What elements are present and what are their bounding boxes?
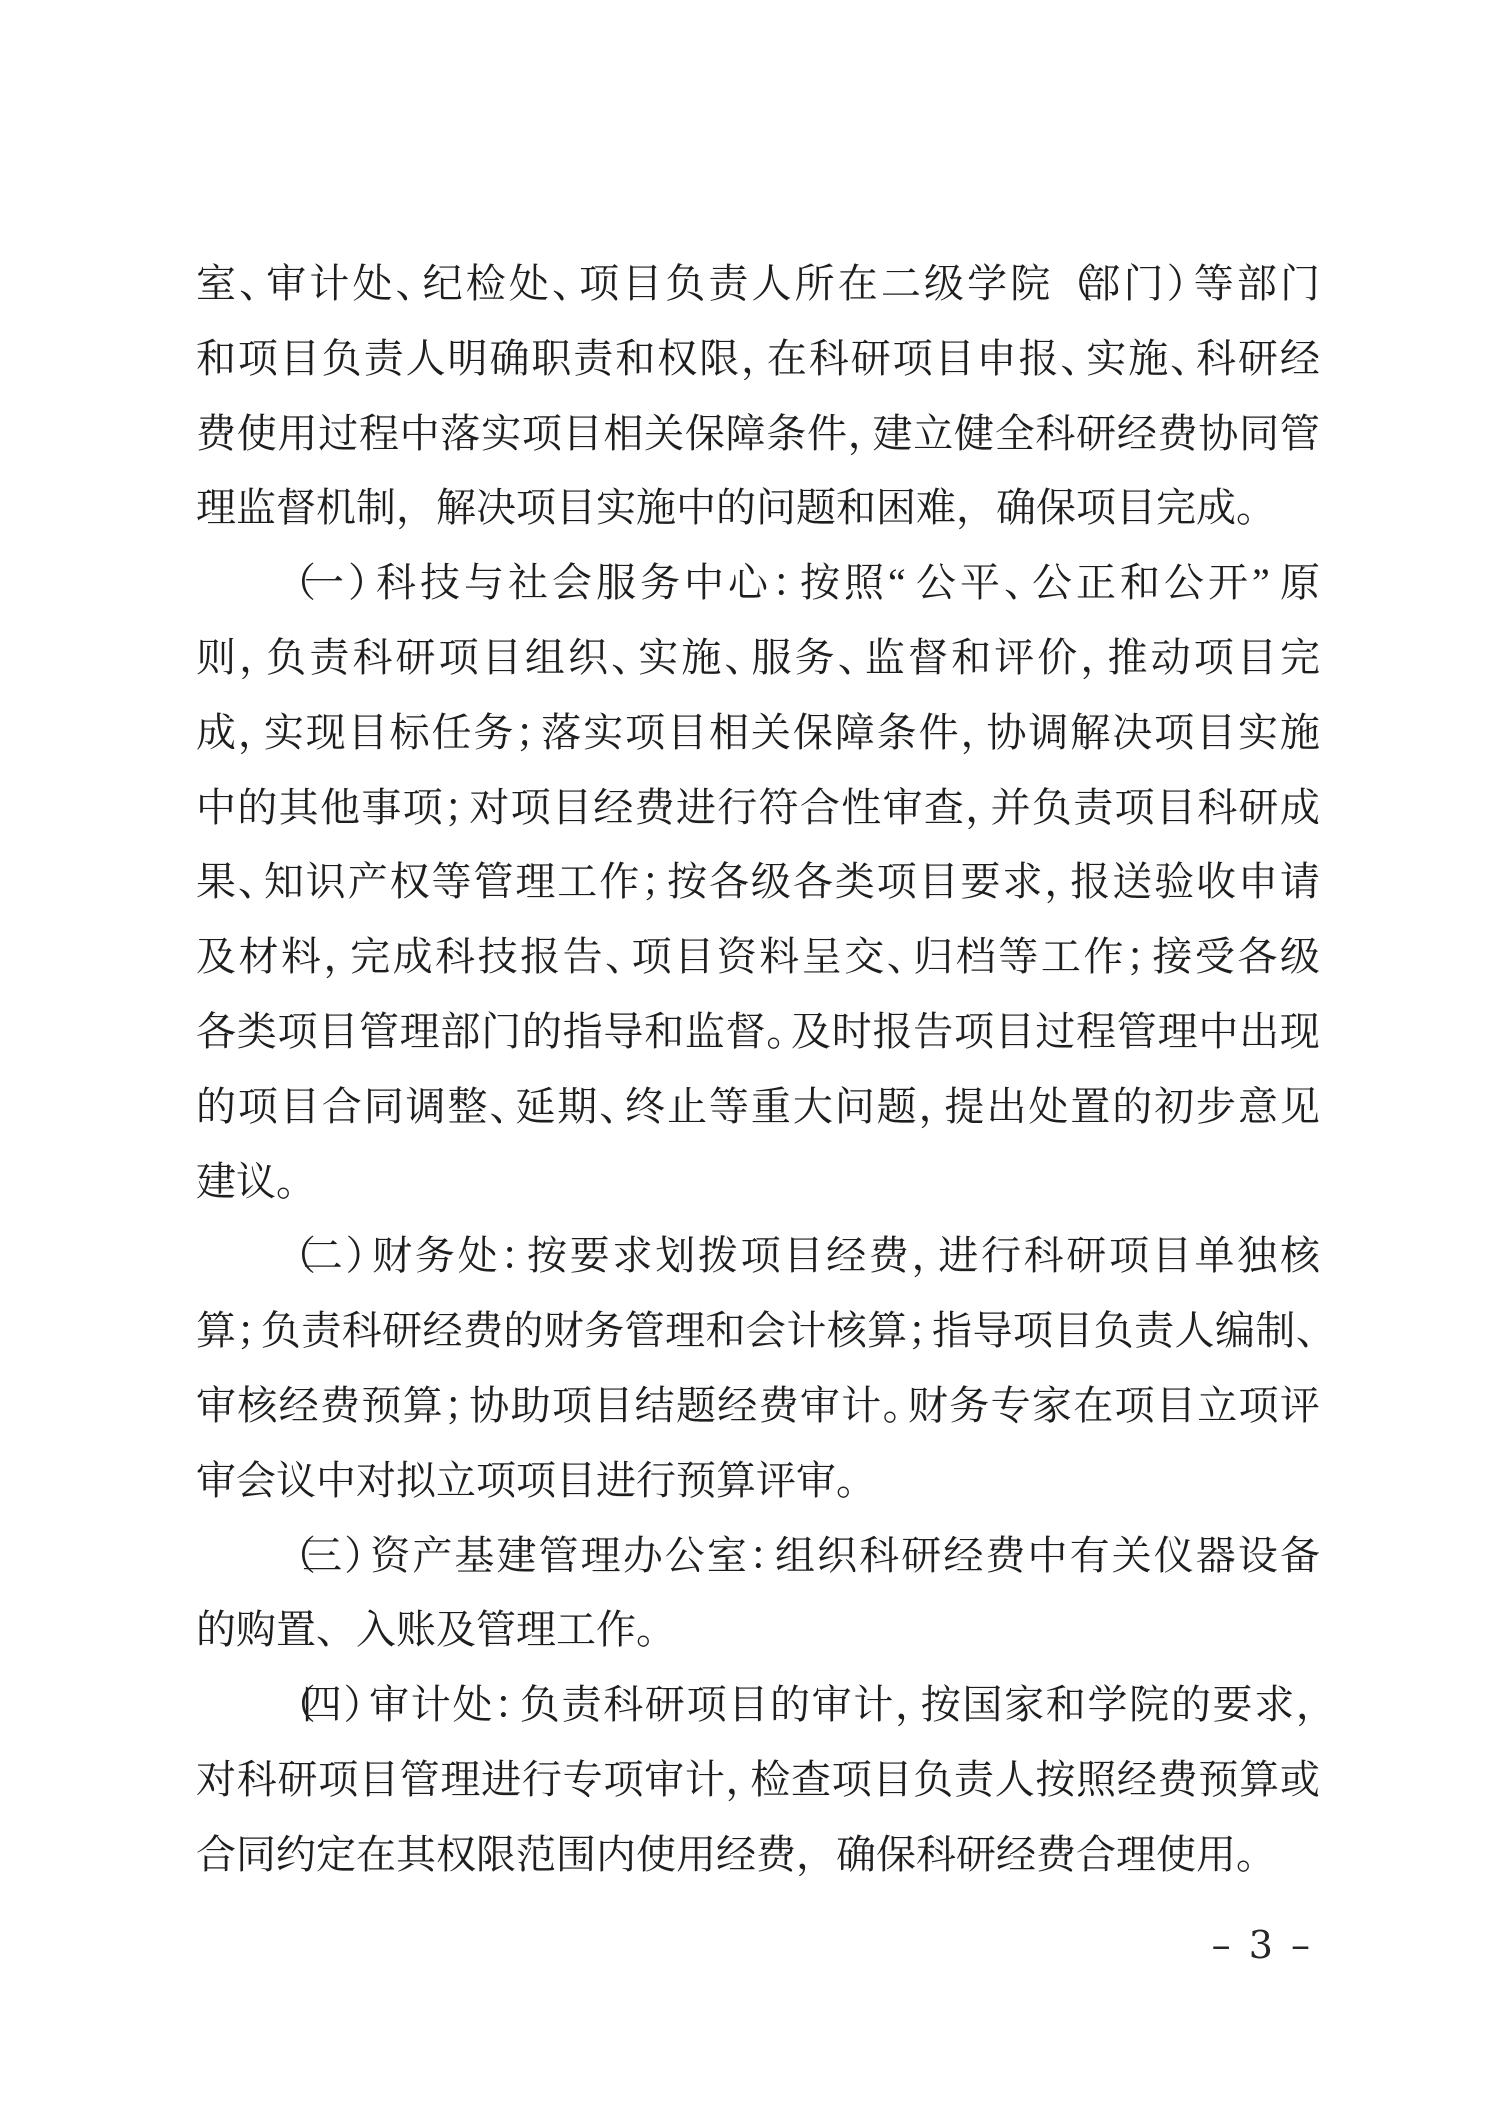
- text-line: （一）科技与社会服务中心：按照“公平、公正和公开”原: [196, 546, 1320, 621]
- text-line: 合同约定在其权限范围内使用经费，确保科研经费合理使用。: [196, 1818, 1320, 1893]
- text-line: 和项目负责人明确职责和权限，在科研项目申报、实施、科研经: [196, 322, 1320, 397]
- text-line: 的购置、入账及管理工作。: [196, 1593, 1320, 1668]
- text-line: 的项目合同调整、延期、终止等重大问题，提出处置的初步意见: [196, 1070, 1320, 1145]
- text-line: 审核经费预算；协助项目结题经费审计。财务专家在项目立项评: [196, 1369, 1320, 1444]
- text-line: 对科研项目管理进行专项审计，检查项目负责人按照经费预算或: [196, 1743, 1320, 1818]
- paragraph: （四）审计处：负责科研项目的审计，按国家和学院的要求，对科研项目管理进行专项审计…: [196, 1668, 1320, 1892]
- paragraph: （一）科技与社会服务中心：按照“公平、公正和公开”原则，负责科研项目组织、实施、…: [196, 546, 1320, 1219]
- text-line: 室、审计处、纪检处、项目负责人所在二级学院（部门）等部门: [196, 247, 1320, 322]
- text-line: 费使用过程中落实项目相关保障条件，建立健全科研经费协同管: [196, 397, 1320, 472]
- paragraph: （三）资产基建管理办公室：组织科研经费中有关仪器设备的购置、入账及管理工作。: [196, 1519, 1320, 1669]
- text-line: 理监督机制，解决项目实施中的问题和困难，确保项目完成。: [196, 471, 1320, 546]
- text-line: （四）审计处：负责科研项目的审计，按国家和学院的要求，: [196, 1668, 1320, 1743]
- text-line: 审会议中对拟立项项目进行预算评审。: [196, 1444, 1320, 1519]
- text-line: 各类项目管理部门的指导和监督。及时报告项目过程管理中出现: [196, 995, 1320, 1070]
- text-line: 中的其他事项；对项目经费进行符合性审查，并负责项目科研成: [196, 771, 1320, 846]
- text-line: 算；负责科研经费的财务管理和会计核算；指导项目负责人编制、: [196, 1294, 1320, 1369]
- text-line: （三）资产基建管理办公室：组织科研经费中有关仪器设备: [196, 1519, 1320, 1594]
- document-page: 室、审计处、纪检处、项目负责人所在二级学院（部门）等部门和项目负责人明确职责和权…: [0, 0, 1500, 2121]
- paragraph: 室、审计处、纪检处、项目负责人所在二级学院（部门）等部门和项目负责人明确职责和权…: [196, 247, 1320, 546]
- text-line: 成，实现目标任务；落实项目相关保障条件，协调解决项目实施: [196, 696, 1320, 771]
- text-line: （二）财务处：按要求划拨项目经费，进行科研项目单独核: [196, 1219, 1320, 1294]
- text-line: 果、知识产权等管理工作；按各级各类项目要求，报送验收申请: [196, 845, 1320, 920]
- paragraph: （二）财务处：按要求划拨项目经费，进行科研项目单独核算；负责科研经费的财务管理和…: [196, 1219, 1320, 1518]
- document-body: 室、审计处、纪检处、项目负责人所在二级学院（部门）等部门和项目负责人明确职责和权…: [196, 247, 1320, 1893]
- text-line: 则，负责科研项目组织、实施、服务、监督和评价，推动项目完: [196, 621, 1320, 696]
- page-number: – 3 –: [1212, 1922, 1313, 1968]
- text-line: 及材料，完成科技报告、项目资料呈交、归档等工作；接受各级: [196, 920, 1320, 995]
- text-line: 建议。: [196, 1145, 1320, 1220]
